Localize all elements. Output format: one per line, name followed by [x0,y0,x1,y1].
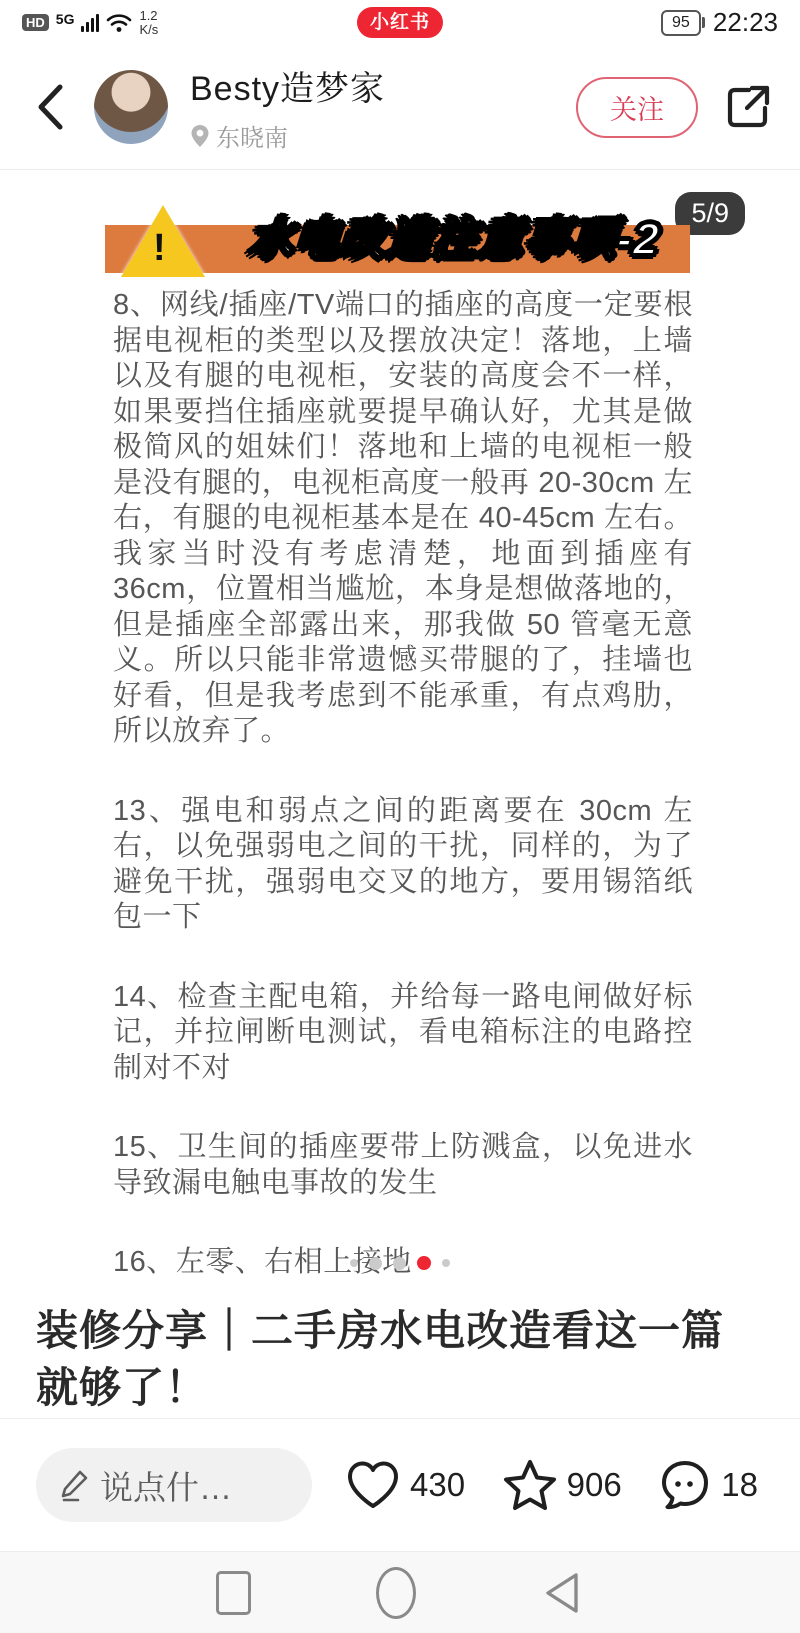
note-paragraph: 15、卫生间的插座要带上防溅盒，以免进水导致漏电触电事故的发生 [113,1130,693,1201]
clock: 22:23 [713,7,778,38]
share-button[interactable] [724,83,772,131]
like-count: 430 [410,1466,465,1504]
back-button[interactable] [30,77,70,137]
android-nav-bar [0,1551,800,1633]
hd-badge: HD [22,14,49,31]
collect-button[interactable]: 906 [503,1459,622,1511]
wifi-icon [106,12,132,34]
banner-title: 水电改造注意事项-2 [223,203,687,267]
note-text-block: 8、网线/插座/TV端口的插座的高度一定要根据电视柜的类型以及摆放决定！落地，上… [113,288,693,1325]
star-icon [503,1459,557,1511]
xiaohongshu-app-badge: 小红书 [357,7,443,38]
comment-count: 18 [721,1466,758,1504]
pagination-dot [417,1256,431,1270]
location-label: 东晓南 [216,118,288,153]
network-speed: 1.2 K/s [139,9,158,37]
note-paragraph: 8、网线/插座/TV端口的插座的高度一定要根据电视柜的类型以及摆放决定！落地，上… [113,288,693,750]
android-back-button[interactable] [540,1569,582,1617]
banner: ! 水电改造注意事项-2 [105,225,690,273]
comment-placeholder: 说点什… [100,1462,232,1509]
pagination-dot [393,1257,406,1270]
pagination-dots [0,1256,800,1270]
share-icon [725,84,771,130]
home-button[interactable] [376,1567,416,1619]
note-image-slide[interactable]: 5/9 ! 水电改造注意事项-2 8、网线/插座/TV端口的插座的高度一定要根据… [0,170,800,1290]
pagination-dot [369,1257,382,1270]
pagination-dot [350,1259,358,1267]
follow-button[interactable]: 关注 [576,77,698,138]
battery-icon: 95 [661,10,705,36]
warning-triangle-icon: ! [121,205,205,277]
avatar[interactable] [94,70,168,144]
status-left: HD 5G 1.2 K/s [22,9,158,37]
network-type-label: 5G [56,11,75,27]
collect-count: 906 [567,1466,622,1504]
action-bar: 说点什… 430 906 18 [0,1418,800,1551]
note-paragraph: 14、检查主配电箱，并给每一路电闸做好标记，并拉闸断电测试，看电箱标注的电路控制… [113,980,693,1087]
status-bar: HD 5G 1.2 K/s 小红书 95 22:23 [0,0,800,45]
comment-button[interactable]: 18 [659,1459,758,1511]
username[interactable]: Besty造梦家 [190,61,385,110]
note-paragraph: 13、强电和弱点之间的距离要在 30cm 左右，以免强弱电之间的干扰，同样的，为… [113,794,693,936]
signal-strength-icon [81,14,99,32]
comment-bubble-icon [659,1459,711,1511]
pagination-dot [442,1259,450,1267]
recents-button[interactable] [216,1571,251,1615]
comment-input[interactable]: 说点什… [36,1448,312,1522]
location-pin-icon [190,124,210,148]
pencil-icon [60,1468,90,1502]
like-button[interactable]: 430 [346,1460,465,1510]
location-row: 东晓南 [190,118,385,153]
heart-icon [346,1460,400,1510]
post-header: Besty造梦家 东晓南 关注 [0,45,800,170]
